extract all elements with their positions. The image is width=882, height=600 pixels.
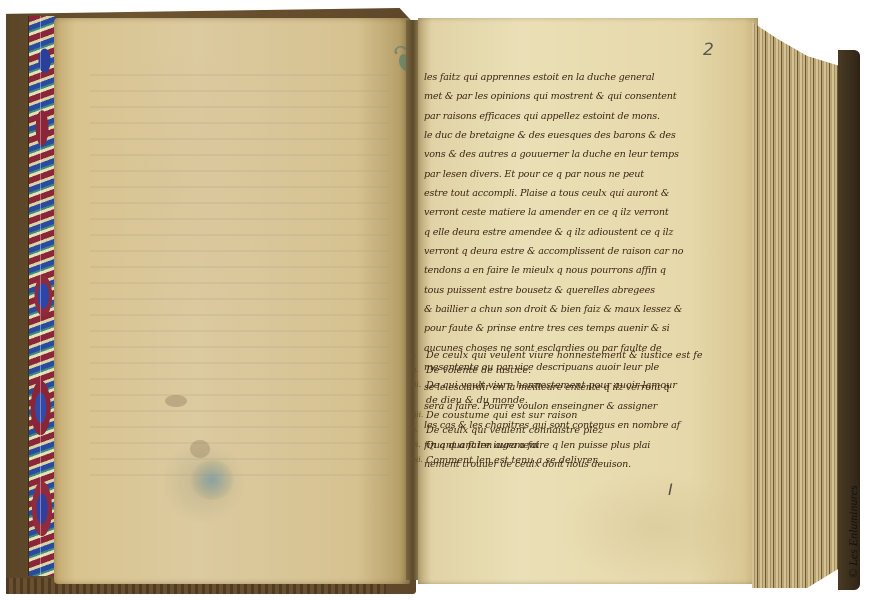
- chapter-entry: i.De ceulx qui veulent viure honnestemen…: [412, 348, 712, 363]
- chapter-numeral: vi.: [412, 438, 426, 453]
- text-line: vons & des autres a gouuerner la duche e…: [424, 145, 696, 164]
- text-line: met & par les opinions qui mostrent & qu…: [424, 87, 696, 106]
- quire-signature: I: [668, 480, 673, 499]
- text-line: le duc de bretaigne & des euesques des b…: [424, 126, 696, 145]
- chapter-entry: v.De ceulx qui veulent connaistre plez: [412, 423, 712, 438]
- chapter-entry: iiii.De coustume qui est sur raison: [412, 408, 712, 423]
- chapter-numeral: iii.: [412, 378, 426, 393]
- chapter-entry: ii.De volente de iustice.: [412, 363, 712, 378]
- page-block-edges: [752, 22, 844, 588]
- chapter-numeral: v.: [412, 423, 426, 438]
- chapter-title: De coustume qui est sur raison: [426, 408, 577, 423]
- chapter-title: De qui veult viure honnestement pour auo…: [426, 378, 677, 393]
- text-line: estre tout accompli. Plaise a tous ceulx…: [424, 184, 696, 203]
- folio-number: 2: [703, 40, 714, 60]
- text-line: les faitz qui apprennes estoit en la duc…: [424, 68, 696, 87]
- show-through-lines: [90, 60, 390, 480]
- chapter-numeral: vii.: [412, 453, 426, 468]
- text-line: verront ceste matiere la amender en ce q…: [424, 203, 696, 222]
- marbled-pastedown: [28, 16, 55, 576]
- pastedown-fold: [40, 16, 41, 576]
- chapter-numeral: [412, 393, 426, 408]
- chapter-title: De volente de iustice.: [426, 363, 531, 378]
- chapter-title: Comment len est tenu a se delivrer.: [426, 453, 599, 468]
- chapter-entry: vii.Comment len est tenu a se delivrer.: [412, 453, 712, 468]
- chapter-numeral: i.: [412, 348, 426, 363]
- chapter-title: Quant a faire iugement: [426, 438, 539, 453]
- text-line: par raisons efficaces qui appellez estoi…: [424, 107, 696, 126]
- chapter-numeral: iiii.: [412, 408, 426, 423]
- blue-stain: [190, 460, 235, 500]
- text-line: pour faute & prinse entre tres ces temps…: [424, 319, 696, 338]
- stain: [190, 440, 210, 458]
- chapter-entry: iii.De qui veult viure honnestement pour…: [412, 378, 712, 393]
- text-line: tendons a en faire le mieulx q nous pour…: [424, 261, 696, 280]
- chapter-title: De ceulx qui veulent connaistre plez: [426, 423, 603, 438]
- chapter-entry: vi.Quant a faire iugement: [412, 438, 712, 453]
- chapter-numeral: ii.: [412, 363, 426, 378]
- text-line: & baillier a chun son droit & bien faiz …: [424, 300, 696, 319]
- text-line: par lesen divers. Et pour ce q par nous …: [424, 165, 696, 184]
- chapter-title: De ceulx qui veulent viure honnestement …: [426, 348, 703, 363]
- copyright-watermark: © Les Enluminures: [846, 485, 861, 578]
- text-line: verront q deura estre & accomplissent de…: [424, 242, 696, 261]
- chapter-entry: de dieu & du monde.: [412, 393, 712, 408]
- chapter-list: i.De ceulx qui veulent viure honnestemen…: [412, 348, 712, 468]
- text-line: tous puissent estre bousetz & querelles …: [424, 281, 696, 300]
- chapter-title: de dieu & du monde.: [426, 393, 528, 408]
- stain: [165, 395, 187, 407]
- text-line: q elle deura estre amendee & q ilz adiou…: [424, 223, 696, 242]
